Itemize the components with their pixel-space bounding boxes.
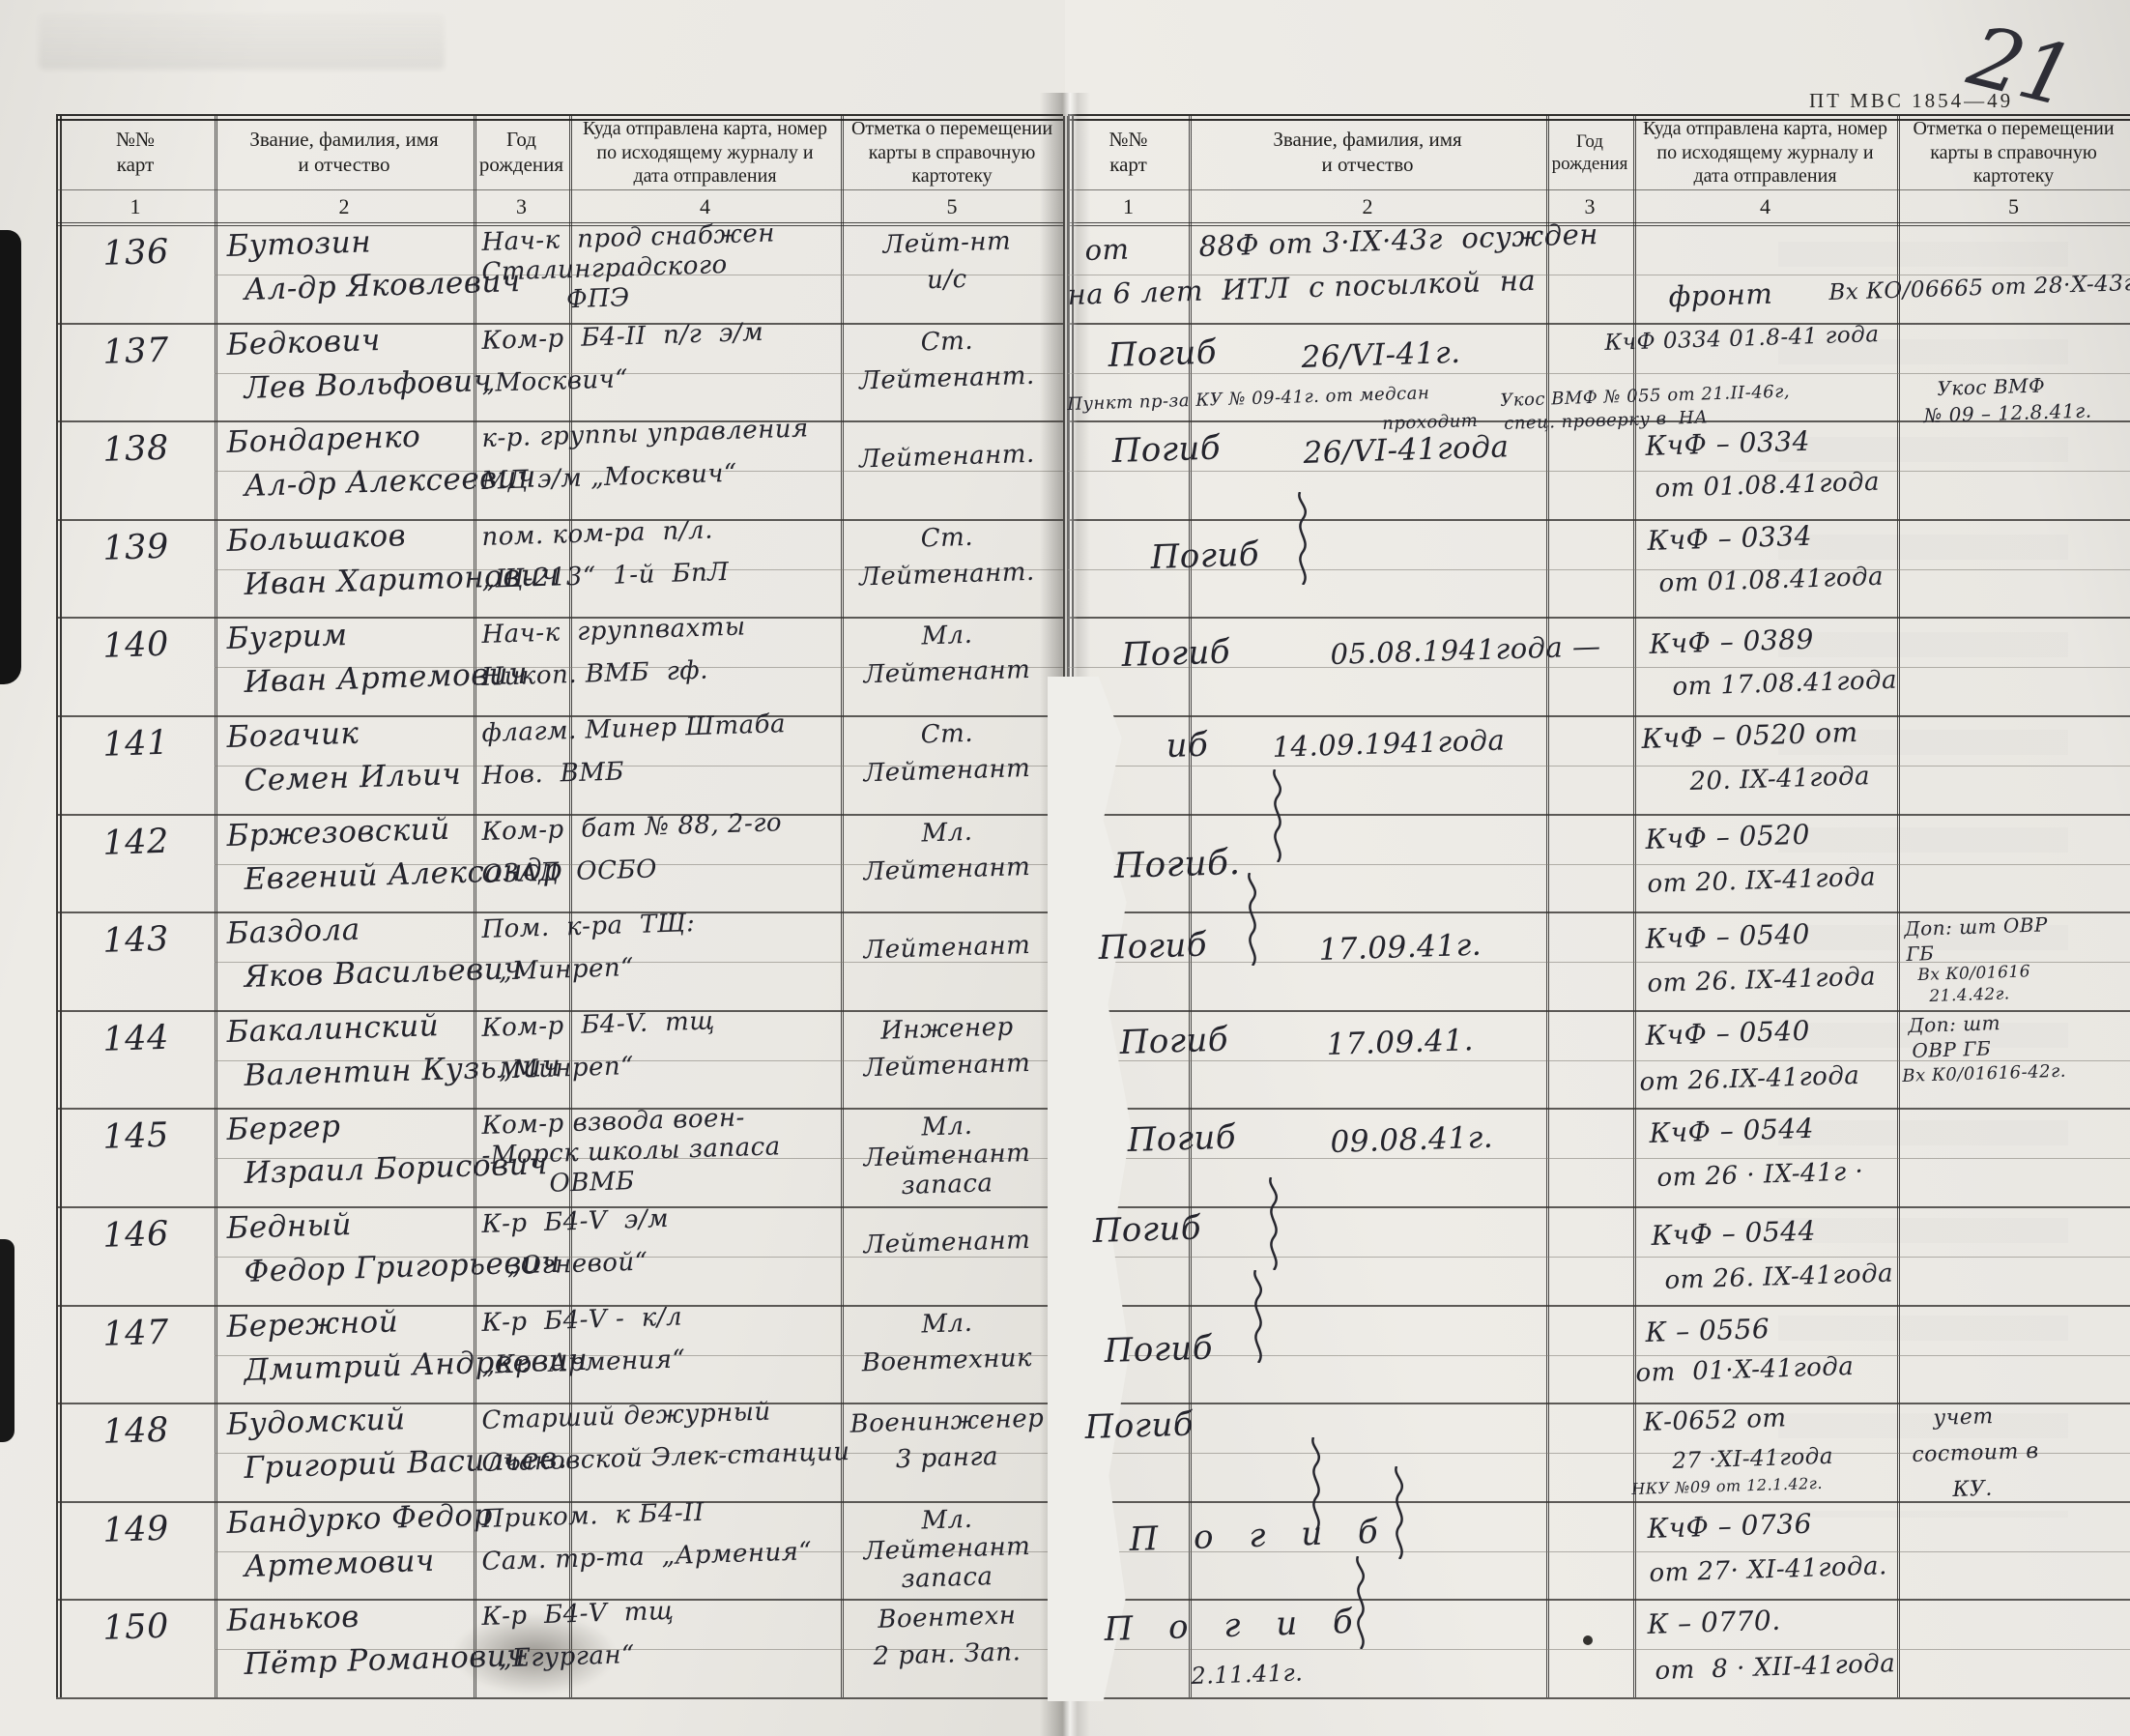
header-col3-right: Год рождения xyxy=(1546,116,1633,189)
row-divider xyxy=(1068,519,2130,521)
person-name-line: Бергер xyxy=(226,1110,341,1148)
header-num-2-right: 2 xyxy=(1189,191,1546,222)
row-divider xyxy=(1068,323,2130,325)
header-num-4-left: 4 xyxy=(569,191,841,222)
ink-flourish-icon xyxy=(1388,1466,1411,1564)
note-line: фронт xyxy=(1668,277,1773,313)
card-number: 150 xyxy=(68,1606,204,1649)
note-line: КчФ – 0736 xyxy=(1647,1507,1812,1544)
position-line: ФПЭ xyxy=(481,283,630,317)
person-name-line: Бедкович xyxy=(226,323,381,362)
position-line: „Минреп“ xyxy=(481,953,634,987)
note-line: К – 0770. xyxy=(1647,1605,1781,1640)
note-line: Доп: шт xyxy=(1908,1011,2000,1037)
header-num-4-right: 4 xyxy=(1633,191,1897,222)
position-line: „Минреп“ xyxy=(481,1052,634,1085)
note-line: Укос ВМФ xyxy=(1937,373,2045,399)
note-line: 17.09.41. xyxy=(1326,1023,1474,1062)
note-line: Погиб xyxy=(1127,1118,1237,1161)
header-col1-left: №№ карт xyxy=(56,116,215,189)
header-divider xyxy=(1068,189,2130,190)
note-line: Погиб xyxy=(1150,535,1260,577)
person-name-line: Бедный xyxy=(226,1207,352,1246)
ink-dot xyxy=(1583,1635,1593,1645)
note-line: Погиб xyxy=(1121,633,1231,676)
person-name-line: Баньков xyxy=(226,1600,360,1638)
card-number: 141 xyxy=(68,723,204,766)
person-name-line: Бутозин xyxy=(226,224,372,264)
card-number: 140 xyxy=(68,624,204,667)
rank-line: Мл. xyxy=(843,1306,1051,1342)
row-midline xyxy=(1068,1158,2130,1159)
header-divider xyxy=(56,189,1063,190)
person-name-line: Бондаренко xyxy=(226,420,421,460)
rank-line: Лейтенант xyxy=(843,852,1051,887)
note-line: П о г и б xyxy=(1129,1512,1391,1558)
row-divider xyxy=(1068,617,2130,619)
card-number: 138 xyxy=(68,428,204,471)
note-line: Погиб xyxy=(1092,1208,1202,1251)
note-line: учет xyxy=(1933,1404,1994,1431)
position-line: ОЗАД ОСБО xyxy=(481,854,657,889)
card-number: 148 xyxy=(68,1410,204,1453)
top-left-stamp-smudge xyxy=(39,14,445,70)
ink-flourish-icon xyxy=(1349,1556,1372,1654)
note-line: КчФ – 0544 xyxy=(1651,1215,1816,1252)
header-num-2-left: 2 xyxy=(215,191,474,222)
position-line: „Огневой“ xyxy=(481,1248,648,1282)
position-line: „Кр Армения“ xyxy=(481,1345,686,1380)
note-line: 27 ·XI-41года xyxy=(1672,1444,1833,1474)
note-line: 2.11.41г. xyxy=(1191,1660,1304,1691)
person-name-line: Лев Вольфович xyxy=(244,363,493,406)
row-divider xyxy=(1068,1697,2130,1699)
ink-flourish-icon xyxy=(1241,873,1264,970)
note-line: Погиб xyxy=(1084,1405,1195,1448)
row-midline xyxy=(1068,766,2130,767)
card-number: 142 xyxy=(68,821,204,863)
card-number: 147 xyxy=(68,1312,204,1354)
note-line: КчФ – 0544 xyxy=(1649,1113,1814,1149)
note-line: от xyxy=(1084,233,1130,267)
table-top-border xyxy=(56,114,1063,121)
column-divider xyxy=(1546,116,1549,1697)
card-number: 136 xyxy=(68,232,204,275)
position-line: К-р Б4-V э/м xyxy=(481,1204,670,1239)
rank-line: Мл. xyxy=(843,815,1051,851)
person-name-line: Семен Ильич xyxy=(244,757,462,798)
scanned-card-register: 21 ПТ МВС 1854—49 №№ карт Звание, фамили… xyxy=(0,0,2130,1736)
person-name-line: Бакалинский xyxy=(226,1008,440,1050)
note-line: ГБ xyxy=(1906,941,1935,966)
card-number: 137 xyxy=(68,330,204,372)
column-divider xyxy=(215,116,217,1697)
note-line: 21.4.42г. xyxy=(1929,985,2010,1007)
position-line: „Москвич“ xyxy=(481,364,629,398)
row-divider xyxy=(56,1697,1063,1699)
note-line: КчФ – 0334 xyxy=(1645,425,1810,462)
row-midline xyxy=(1068,373,2130,374)
rank-line: Лейтенант. xyxy=(843,361,1051,396)
note-line: КчФ – 0520 xyxy=(1645,818,1810,854)
person-name-line: Большаков xyxy=(226,518,407,559)
note-line: Погиб. xyxy=(1113,842,1241,885)
row-midline xyxy=(1068,962,2130,963)
header-col4-right: Куда отправлена карта, номер по исходяще… xyxy=(1633,116,1897,189)
note-line: Погиб xyxy=(1104,1328,1214,1371)
note-line: К-0652 от xyxy=(1643,1404,1787,1438)
header-col5-left: Отметка о перемещении карты в справочную… xyxy=(841,116,1063,189)
table-top-border xyxy=(1068,114,2130,121)
column-divider xyxy=(1897,116,1900,1697)
row-midline xyxy=(1068,471,2130,472)
note-line: КчФ – 0520 от xyxy=(1641,716,1858,755)
card-number: 144 xyxy=(68,1017,204,1059)
scan-edge-black-strip-lower xyxy=(0,1239,14,1442)
note-line: КчФ – 0389 xyxy=(1649,623,1814,660)
row-divider xyxy=(1068,1305,2130,1307)
header-num-1-left: 1 xyxy=(56,191,215,222)
row-divider xyxy=(1068,715,2130,717)
row-divider xyxy=(1068,814,2130,816)
row-divider xyxy=(1068,1206,2130,1208)
row-midline xyxy=(1068,1649,2130,1650)
note-line: состоит в xyxy=(1912,1439,2039,1467)
note-line: Погиб xyxy=(1111,429,1222,472)
position-line: Нов. ВМБ xyxy=(481,757,624,791)
person-name-line: Богачик xyxy=(226,716,360,755)
header-col3-left: Год рождения xyxy=(474,116,569,189)
note-line: Погиб xyxy=(1108,333,1218,375)
header-num-5-right: 5 xyxy=(1897,191,2130,222)
rank-line: Воентехник xyxy=(843,1343,1051,1378)
note-line: ОВР ГБ xyxy=(1912,1036,1992,1062)
note-line: Погиб xyxy=(1098,926,1208,969)
note-line: Доп: шт ОВР xyxy=(1904,913,2048,941)
person-name-line: Будомский xyxy=(226,1402,406,1442)
header-col5-right: Отметка о перемещении карты в справочную… xyxy=(1897,116,2130,189)
note-line: КчФ – 0334 xyxy=(1647,519,1812,556)
position-line: ОВМБ xyxy=(481,1167,635,1201)
note-line: 17.09.41г. xyxy=(1318,928,1482,968)
ink-flourish-icon xyxy=(1266,769,1289,867)
note-line: 26/VI-41г. xyxy=(1301,334,1461,374)
header-num-5-left: 5 xyxy=(841,191,1063,222)
ink-flourish-icon xyxy=(1247,1270,1270,1368)
header-col2-left: Звание, фамилия, имя и отчество xyxy=(215,116,474,189)
person-name-line: Бржезовский xyxy=(226,811,450,853)
note-line: Погиб xyxy=(1119,1020,1229,1062)
note-line: 20. IX-41года xyxy=(1689,762,1870,796)
scan-edge-black-strip xyxy=(0,230,21,684)
person-name-line: Бережной xyxy=(226,1304,399,1345)
ink-flourish-icon xyxy=(1291,492,1314,590)
card-number: 145 xyxy=(68,1115,204,1158)
note-line: КчФ – 0540 xyxy=(1645,918,1810,955)
card-number: 149 xyxy=(68,1508,204,1550)
person-name-line: Баздола xyxy=(226,912,360,951)
card-number: 139 xyxy=(68,526,204,568)
header-num-3-left: 3 xyxy=(474,191,569,222)
note-line: № 09 – 12.8.41г. xyxy=(1923,398,2092,426)
row-divider xyxy=(1068,1108,2130,1110)
note-line: К – 0556 xyxy=(1645,1313,1770,1348)
header-col4-left: Куда отправлена карта, номер по исходяще… xyxy=(569,116,841,189)
column-divider xyxy=(56,116,62,1697)
header-bottom-border xyxy=(1068,222,2130,226)
row-divider xyxy=(1068,1599,2130,1601)
note-line: иб xyxy=(1166,726,1209,766)
row-midline xyxy=(1068,1257,2130,1258)
person-name-line: Бугрим xyxy=(226,618,348,656)
card-number: 143 xyxy=(68,919,204,962)
position-line: К-р Б4-V - к/л xyxy=(481,1302,683,1338)
row-divider xyxy=(1068,911,2130,913)
position-line: „Егурган“ xyxy=(481,1640,635,1674)
rank-line: Ст. xyxy=(843,324,1051,360)
card-number: 146 xyxy=(68,1214,204,1257)
note-line: 26/VI-41года xyxy=(1303,429,1510,471)
row-midline xyxy=(1068,1355,2130,1356)
note-line: Вх К0/01616 xyxy=(1917,963,2030,986)
note-line: КУ. xyxy=(1952,1477,1993,1502)
person-name-line: Артемович xyxy=(244,1544,435,1584)
note-line: 09.08.41г. xyxy=(1330,1120,1494,1160)
ink-flourish-icon xyxy=(1262,1177,1285,1275)
header-col2-right: Звание, фамилия, имя и отчество xyxy=(1189,116,1546,189)
note-line: КчФ – 0540 xyxy=(1645,1014,1810,1051)
